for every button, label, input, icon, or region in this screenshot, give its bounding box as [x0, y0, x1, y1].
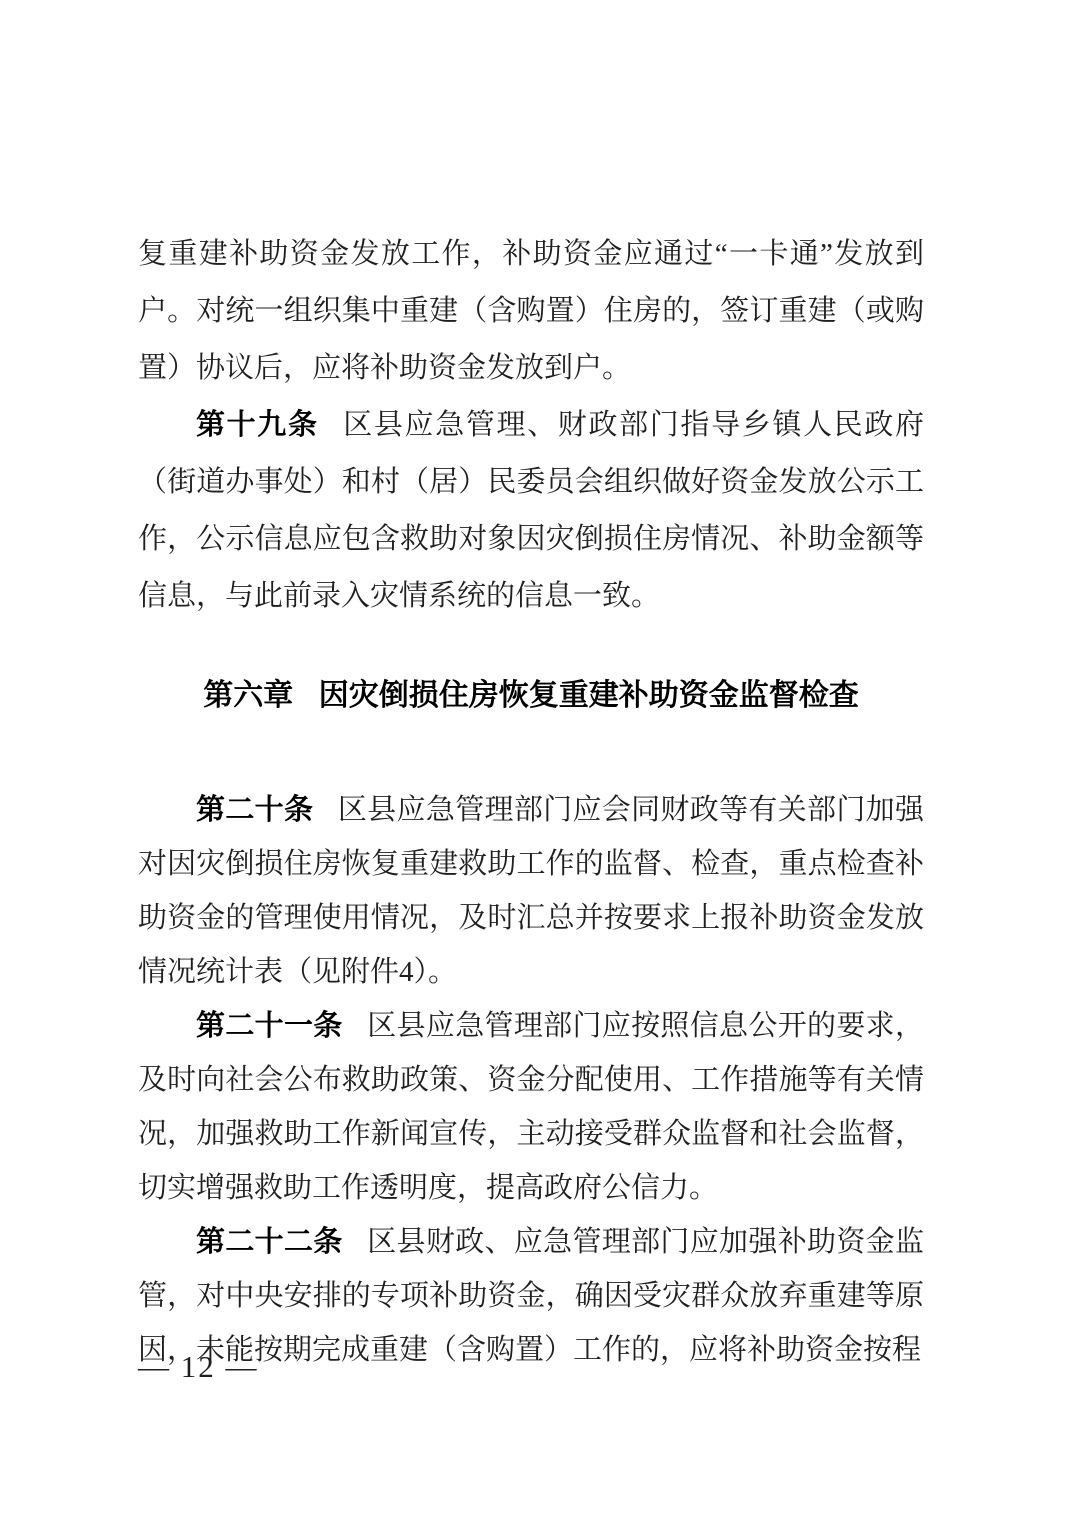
page-number: — 12 — — [138, 1349, 259, 1385]
paragraph-article-20: 第二十条区县应急管理部门应会同财政等有关部门加强对因灾倒损住房恢复重建救助工作的… — [138, 783, 924, 999]
chapter-title: 因灾倒损住房恢复重建补助资金监督检查 — [319, 679, 859, 712]
paragraph-article-19: 第十九条区县应急管理、财政部门指导乡镇人民政府（街道办事处）和村（居）民委员会组… — [138, 397, 924, 625]
document-page: 复重建补助资金发放工作，补助资金应通过“一卡通”发放到户。对统一组织集中重建（含… — [0, 0, 1074, 1520]
article-22-label: 第二十二条 — [196, 1226, 343, 1258]
paragraph-text: 复重建补助资金发放工作，补助资金应通过“一卡通”发放到户。对统一组织集中重建（含… — [138, 238, 924, 384]
paragraph-article-21: 第二十一条区县应急管理部门应按照信息公开的要求，及时向社会公布救助政策、资金分配… — [138, 999, 924, 1215]
chapter-heading: 第六章因灾倒损住房恢复重建补助资金监督检查 — [138, 676, 924, 716]
paragraph-continuation: 复重建补助资金发放工作，补助资金应通过“一卡通”发放到户。对统一组织集中重建（含… — [138, 226, 924, 397]
article-20-label: 第二十条 — [196, 794, 313, 826]
article-21-label: 第二十一条 — [196, 1010, 343, 1042]
chapter-number: 第六章 — [203, 679, 293, 712]
article-19-label: 第十九条 — [196, 409, 319, 441]
